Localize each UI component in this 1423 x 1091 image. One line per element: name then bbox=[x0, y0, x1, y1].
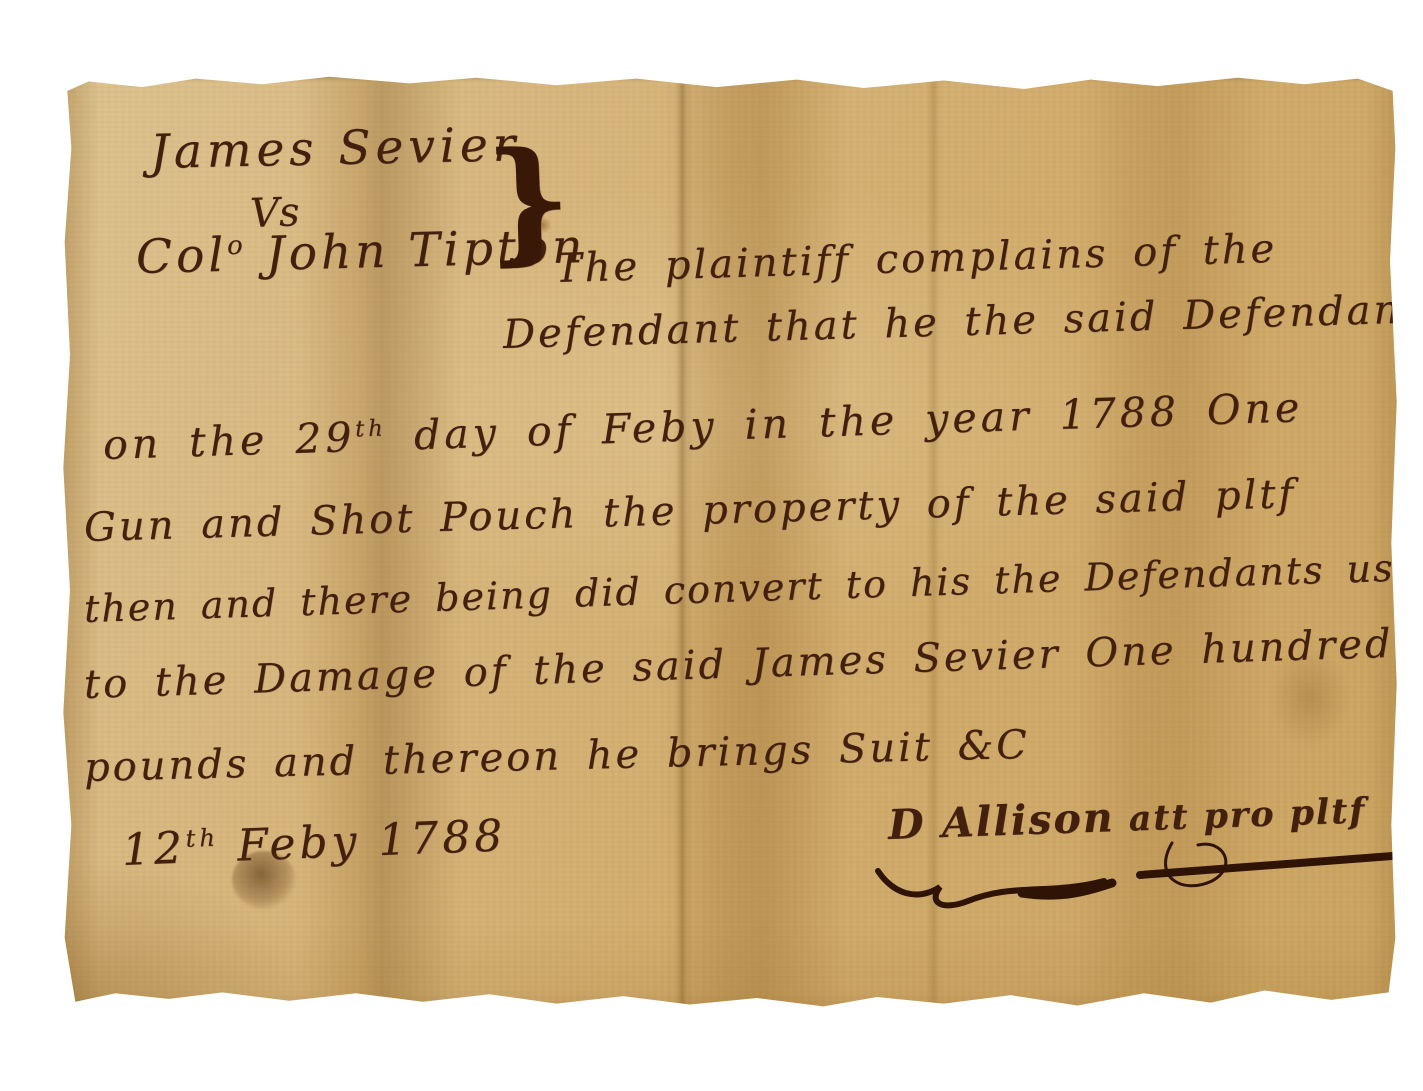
signature-role: att pro pltf bbox=[1114, 790, 1367, 840]
body-line-6: to the Damage of the said James Sevier O… bbox=[83, 621, 1394, 708]
body-line-7: pounds and thereon he brings Suit &C bbox=[83, 722, 1030, 791]
body-line-5: then and there being did convert to his … bbox=[83, 545, 1419, 631]
body-line-3-pre: on the 29 bbox=[102, 413, 356, 469]
date-day: 12 bbox=[121, 823, 187, 876]
date-line: 12th Feby 1788 bbox=[121, 810, 507, 876]
signature-flourish bbox=[872, 837, 1412, 927]
date-superscript: th bbox=[185, 824, 219, 853]
manuscript-paper: James Sevier Vs Colo John Tipton } The p… bbox=[62, 73, 1398, 1013]
document-scan: James Sevier Vs Colo John Tipton } The p… bbox=[0, 0, 1423, 1091]
caption-plaintiff-name: James Sevier bbox=[149, 117, 520, 180]
body-line-3-post: day of Feby in the year 1788 One bbox=[386, 383, 1304, 460]
defendant-title-superscript: o bbox=[227, 231, 247, 261]
body-line-3: on the 29th day of Feby in the year 1788… bbox=[102, 383, 1304, 469]
ink-smudge bbox=[232, 851, 296, 909]
body-line-1: The plaintiff complains of the bbox=[554, 226, 1277, 292]
body-line-4: Gun and Shot Pouch the property of the s… bbox=[83, 471, 1296, 551]
defendant-title: Col bbox=[135, 228, 228, 285]
body-line-3-superscript: th bbox=[355, 415, 387, 442]
body-line-2: Defendant that he the said Defendant bbox=[502, 286, 1422, 358]
